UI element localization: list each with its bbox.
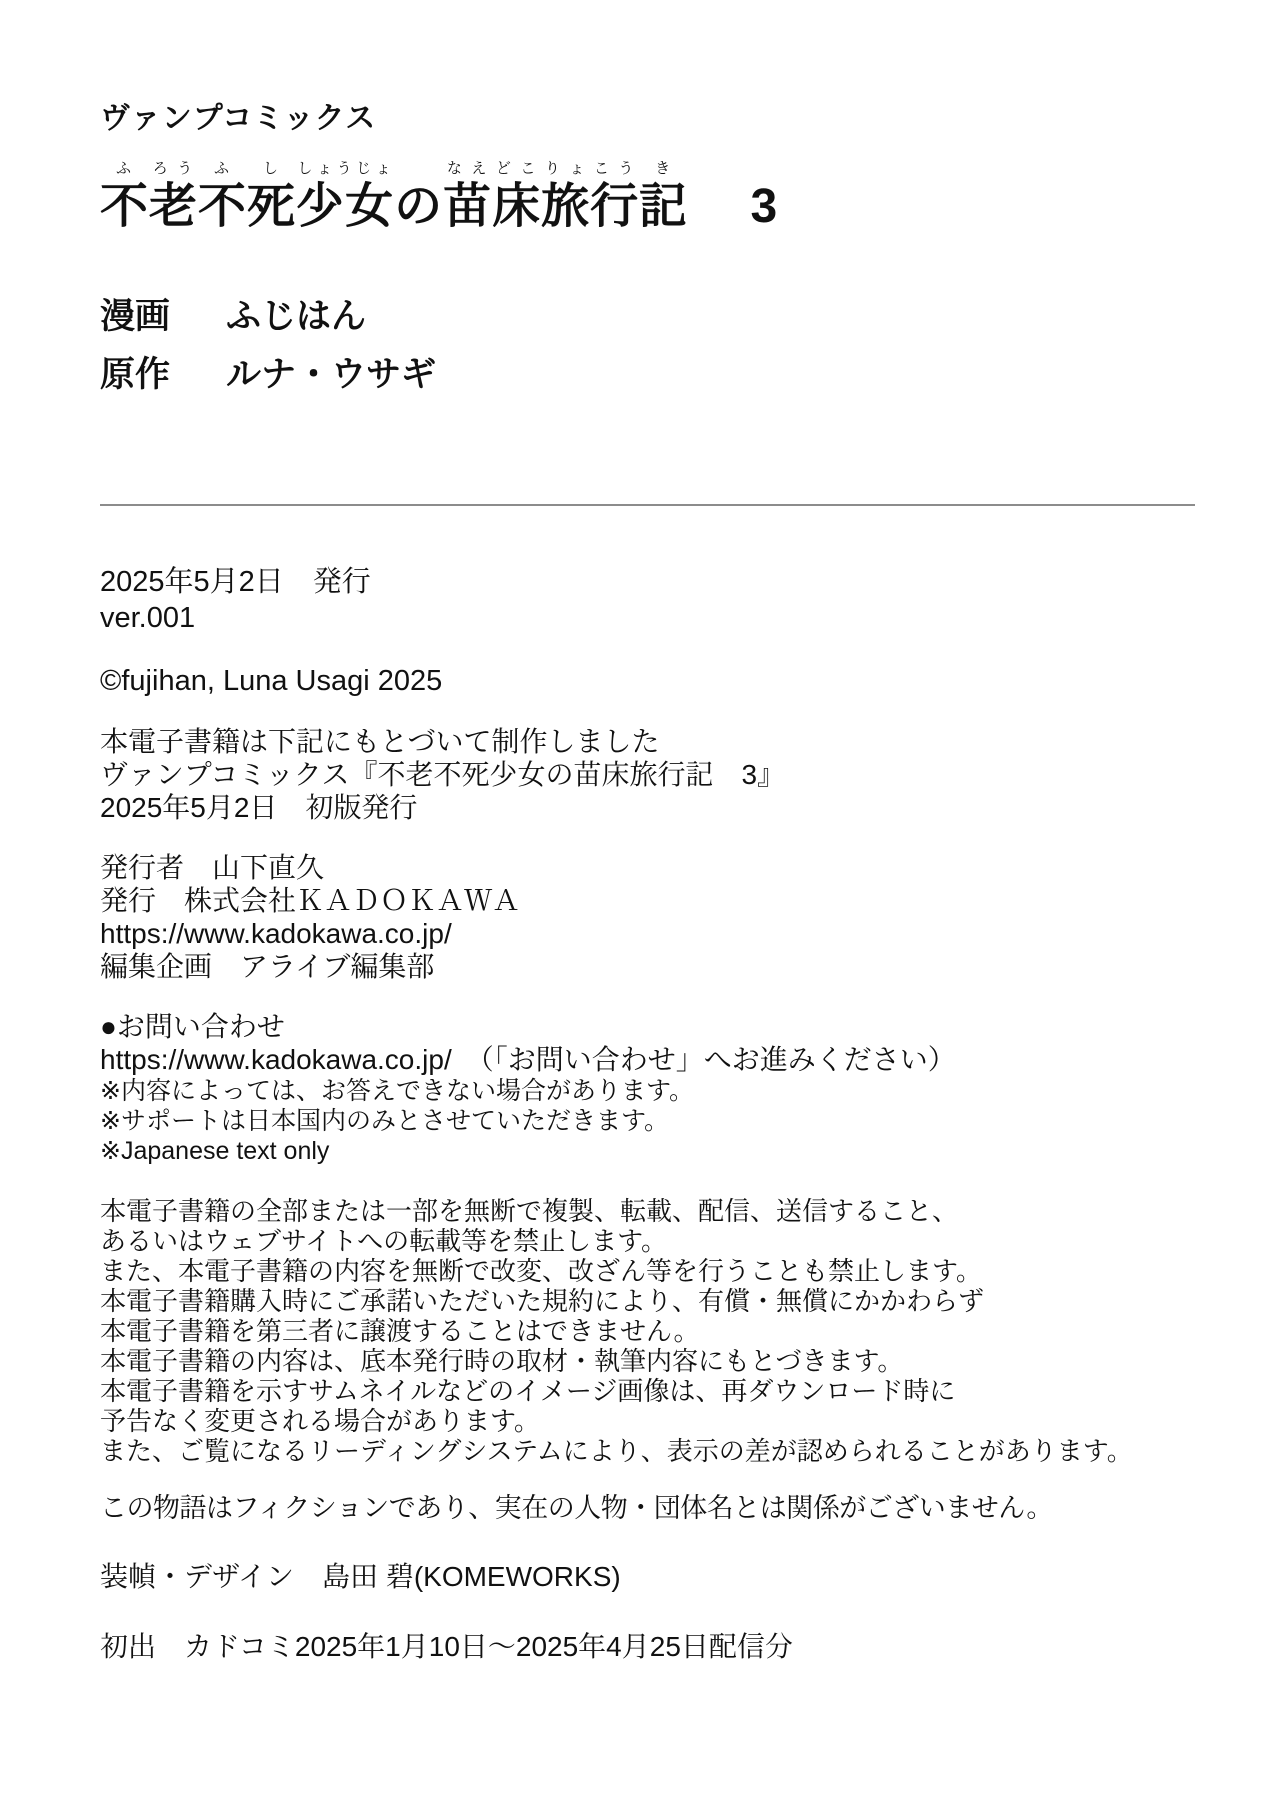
- legal-line: あるいはウェブサイトへの転載等を禁止します。: [100, 1226, 1195, 1256]
- ebook-source-note: 本電子書籍は下記にもとづいて制作しました: [100, 725, 1195, 758]
- title-ruby-segment: 少女しょうじょ: [296, 180, 394, 233]
- legal-line: 予告なく変更される場合があります。: [100, 1406, 1195, 1436]
- design-credit: 装幀・デザイン 島田 碧(KOMEWORKS): [100, 1560, 1195, 1593]
- divider-rule: [100, 504, 1195, 506]
- credit-name: ルナ・ウサギ: [226, 355, 436, 394]
- title-ruby-segment: 老ろう: [149, 180, 198, 233]
- title-ruby-segment: 記き: [639, 180, 688, 233]
- contact-notes: ※内容によっては、お答えできない場合があります。 ※サポートは日本国内のみとさせ…: [100, 1076, 1195, 1166]
- title-ruby-segment: 不ふ: [198, 180, 247, 233]
- legal-block: 本電子書籍の全部または一部を無断で複製、転載、配信、送信すること、 あるいはウェ…: [100, 1196, 1195, 1466]
- fiction-disclaimer: この物語はフィクションであり、実在の人物・団体名とは関係がございません。: [100, 1492, 1195, 1524]
- contact-note: ※Japanese text only: [100, 1136, 1195, 1166]
- colophon-page: ヴァンプコミックス 不ふ老ろう不ふ死し少女しょうじょの苗床なえどこ旅行りょこう記…: [0, 0, 1280, 1820]
- legal-line: また、本電子書籍の内容を無断で改変、改ざん等を行うことも禁止します。: [100, 1256, 1195, 1286]
- contact-note: ※内容によっては、お答えできない場合があります。: [100, 1076, 1195, 1106]
- publisher-url: https://www.kadokawa.co.jp/: [100, 917, 1195, 950]
- contact-url-line: https://www.kadokawa.co.jp/ （「お問い合わせ」へお進…: [100, 1043, 1195, 1076]
- editing-dept: 編集企画 アライブ編集部: [100, 950, 1195, 983]
- legal-line: 本電子書籍の内容は、底本発行時の取材・執筆内容にもとづきます。: [100, 1346, 1195, 1376]
- credit-original: 原作ルナ・ウサギ: [100, 346, 1195, 404]
- issue-block: 2025年5月2日 発行 ver.001: [100, 564, 1195, 636]
- title-ruby-segment: 苗床なえどこ: [443, 180, 541, 233]
- title-ruby-segment: 不ふ: [100, 180, 149, 233]
- legal-line: また、ご覧になるリーディングシステムにより、表示の差が認められることがあります。: [100, 1436, 1195, 1466]
- source-issue-date: 2025年5月2日 初版発行: [100, 791, 1195, 824]
- legal-line: 本電子書籍を第三者に譲渡することはできません。: [100, 1316, 1195, 1346]
- publisher-company: 発行 株式会社ＫＡＤＯＫＡＷＡ: [100, 884, 1195, 917]
- contact-heading: ●お問い合わせ: [100, 1010, 1195, 1043]
- issue-date: 2025年5月2日 発行: [100, 564, 1195, 600]
- book-title: 不ふ老ろう不ふ死し少女しょうじょの苗床なえどこ旅行りょこう記き3: [100, 160, 1195, 236]
- credits-block: 漫画ふじはん 原作ルナ・ウサギ: [100, 288, 1195, 404]
- volume-number: 3: [751, 180, 779, 233]
- based-on-block: 本電子書籍は下記にもとづいて制作しました ヴァンプコミックス『不老不死少女の苗床…: [100, 725, 1195, 824]
- credit-name: ふじはん: [226, 297, 366, 336]
- title-ruby-segment: 死し: [247, 180, 296, 233]
- credit-role: 原作: [100, 346, 170, 404]
- publisher-person: 発行者 山下直久: [100, 851, 1195, 884]
- title-ruby-segment: の: [394, 180, 443, 233]
- credit-manga: 漫画ふじはん: [100, 288, 1195, 346]
- publisher-block: 発行者 山下直久 発行 株式会社ＫＡＤＯＫＡＷＡ https://www.kad…: [100, 851, 1195, 983]
- imprint-label: ヴァンプコミックス: [100, 100, 1195, 138]
- legal-line: 本電子書籍購入時にご承諾いただいた規約により、有償・無償にかかわらず: [100, 1286, 1195, 1316]
- legal-line: 本電子書籍の全部または一部を無断で複製、転載、配信、送信すること、: [100, 1196, 1195, 1226]
- source-edition: ヴァンプコミックス『不老不死少女の苗床旅行記 3』: [100, 758, 1195, 791]
- contact-note: ※サポートは日本国内のみとさせていただきます。: [100, 1106, 1195, 1136]
- legal-line: 本電子書籍を示すサムネイルなどのイメージ画像は、再ダウンロード時に: [100, 1376, 1195, 1406]
- title-ruby-segment: 旅行りょこう: [541, 180, 639, 233]
- contact-block: ●お問い合わせ https://www.kadokawa.co.jp/ （「お問…: [100, 1010, 1195, 1166]
- first-publication: 初出 カドコミ2025年1月10日～2025年4月25日配信分: [100, 1630, 1195, 1663]
- copyright-line: ©fujihan, Luna Usagi 2025: [100, 664, 1195, 698]
- version-number: ver.001: [100, 600, 1195, 636]
- credit-role: 漫画: [100, 288, 170, 346]
